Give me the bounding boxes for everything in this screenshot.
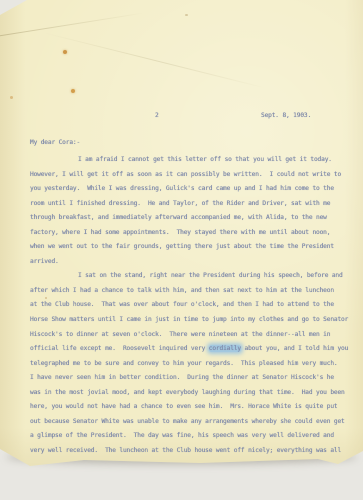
page-number: 2	[155, 112, 159, 119]
typed-line: out because Senator White was unable to …	[30, 415, 355, 430]
foxing-spot	[71, 89, 75, 93]
highlighted-word: cordially	[209, 345, 241, 352]
typed-line: factory, where I had some appointments. …	[30, 226, 355, 241]
letter-page: 2 Sept. 8, 1903. My dear Cora:- I am afr…	[0, 0, 363, 470]
typed-line: telegraphed me to be sure and convey to …	[30, 357, 355, 372]
typed-text: official life except me. Roosevelt inqui…	[30, 345, 209, 352]
typed-line: room until I finished dressing. He and T…	[30, 197, 355, 212]
letter-body: I am afraid I cannot get this letter off…	[30, 153, 355, 458]
paper-crease	[0, 12, 145, 36]
foxing-spot	[10, 96, 13, 99]
foxing-spot	[63, 50, 67, 54]
date-line: Sept. 8, 1903.	[261, 112, 311, 119]
typed-line: at the Club house. That was over about f…	[30, 298, 355, 313]
typed-line: I am afraid I cannot get this letter off…	[30, 153, 355, 168]
typed-line: very well received. The luncheon at the …	[30, 444, 355, 459]
typed-line: a glimpse of the President. The day was …	[30, 429, 355, 444]
typed-line: was in the most jovial mood, and kept ev…	[30, 386, 355, 401]
typed-line: when we went out to the fair grounds, ge…	[30, 240, 355, 255]
typed-line: I sat on the stand, right near the Presi…	[30, 269, 355, 284]
typed-line: here, you would not have had a chance to…	[30, 400, 355, 415]
typed-line: official life except me. Roosevelt inqui…	[30, 342, 355, 357]
typed-line: I have never seen him in better conditio…	[30, 371, 355, 386]
typed-line: arrived.	[30, 255, 355, 270]
typed-line: However, I will get it off as soon as it…	[30, 168, 355, 183]
typed-line: Horse Show matters until I came in just …	[30, 313, 355, 328]
paper-crease	[43, 32, 266, 89]
typed-line: Hiscock's to dinner at seven o'clock. Th…	[30, 328, 355, 343]
typed-line: through breakfast, and immediately after…	[30, 211, 355, 226]
foxing-spot	[185, 14, 188, 16]
salutation: My dear Cora:-	[30, 139, 80, 146]
scan-background: 2 Sept. 8, 1903. My dear Cora:- I am afr…	[0, 0, 363, 500]
typed-text: about you, and I told him you	[241, 345, 348, 352]
typed-line: you yesterday. While I was dressing, Gul…	[30, 182, 355, 197]
typed-line: after which I had a chance to talk with …	[30, 284, 355, 299]
